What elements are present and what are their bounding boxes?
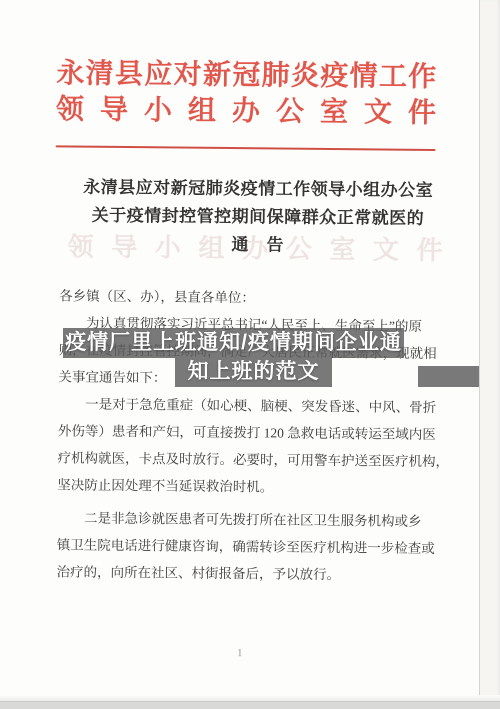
letterhead-line-2: 领导小组办公室文件 [56,92,436,132]
body-line: 疗机构就医，卡点及时放行。必要时，可用警车护送至医疗机构， [57,444,437,475]
title-line-1: 永清县应对新冠肺炎疫情工作领导小组办公室 [68,173,448,205]
letterhead-line-1: 永清县应对新冠肺炎疫情工作 [56,56,436,96]
caption-overlay-line-2: 知上班的范文 [175,358,332,387]
body-line: 治疗的，向所在社区、村街报备后，予以放行。 [56,558,436,589]
body-line: 镇卫生院电话进行健康咨询，确需转诊至医疗机构进一步检查或 [57,531,437,562]
red-divider-rule [56,145,436,151]
body-line: 外伤等）患者和产妇，可直接拨打 120 急救电话或转运至域内医 [58,417,438,448]
red-letterhead: 永清县应对新冠肺炎疫情工作 领导小组办公室文件 [56,56,437,132]
page-number: 1 [232,647,248,659]
body-line: 二是非急诊就医患者可先拨打所在社区卫生服务机构或乡 [57,504,437,535]
body-line: 坚决防止因处理不当延误救治时机。 [57,471,437,502]
document-title: 永清县应对新冠肺炎疫情工作领导小组办公室 关于疫情封控管控期间保障群众正常就医的… [68,173,449,261]
body-line: 一是对于急危重症（如心梗、脑梗、突发昏迷、中风、骨折 [58,390,438,421]
caption-overlay-line-1: 疫情厂里上班通知/疫情期间企业通 [63,328,404,358]
document-photo: 永清县应对新冠肺炎疫情工作 领导小组办公室文件 领 导 小 组 办 公 室 文 … [0,0,500,709]
salutation-line: 各乡镇（区、办），县直各单位： [59,282,439,313]
paper-bottom-edge [0,701,500,709]
paper-right-edge [479,0,500,709]
title-line-2: 关于疫情封控管控期间保障群众正常就医的 [68,201,448,233]
title-line-3: 通 告 [68,229,448,261]
